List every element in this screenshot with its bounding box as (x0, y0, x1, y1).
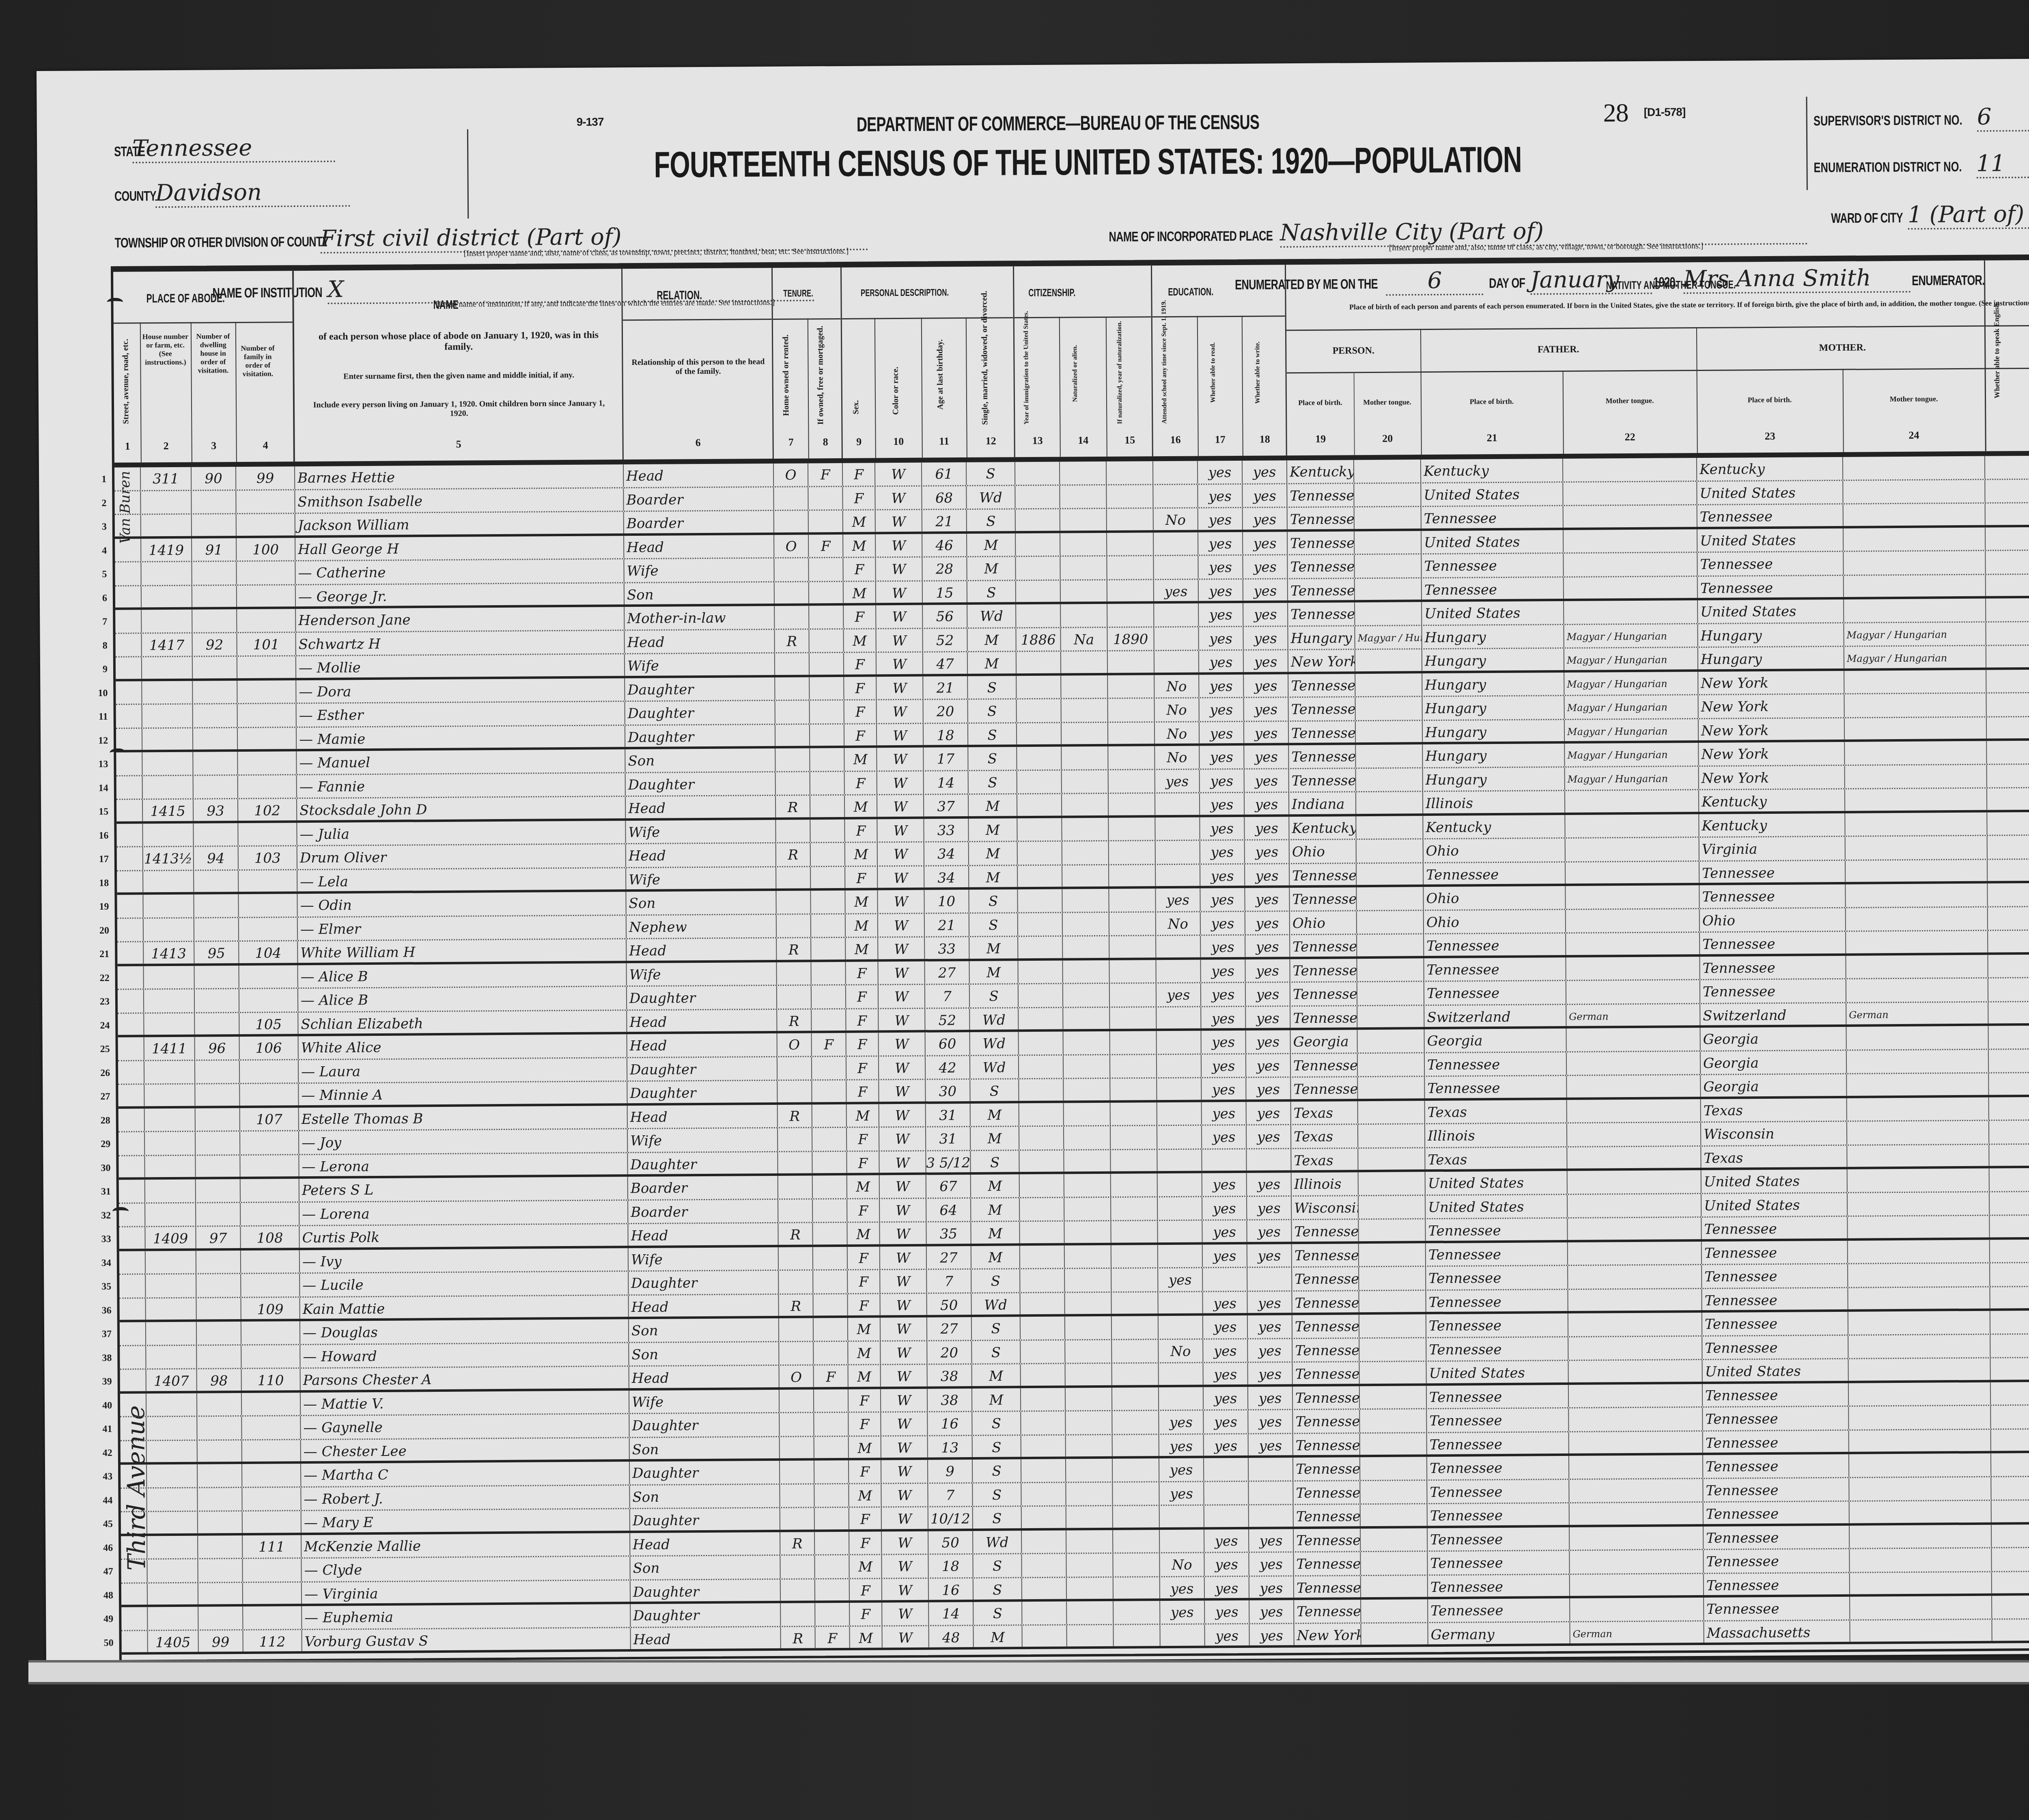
person-name-cell: Peters S L (299, 1177, 628, 1201)
speaks-english-cell: yes (1988, 1001, 2029, 1023)
naturalized-cell (1064, 1221, 1111, 1243)
age-cell: 3 5/12 (926, 1151, 971, 1172)
father-birthplace-cell: Tennessee (1424, 957, 1566, 981)
person-name-cell: — Ivy (300, 1248, 629, 1273)
mother-birthplace-cell: Tennessee (1699, 884, 1846, 908)
age-cell: 27 (927, 1246, 971, 1268)
can-read-cell: yes (1204, 1387, 1248, 1409)
can-write-cell: yes (1244, 745, 1289, 768)
naturalized-cell (1065, 1316, 1112, 1339)
speaks-english-cell: yes (1991, 1381, 2029, 1404)
birthplace-cell: Indiana (1289, 792, 1356, 814)
birthplace-cell: Kentucky (1289, 816, 1356, 839)
naturalization-year-cell (1108, 675, 1155, 698)
dwelling-number-cell (198, 1559, 243, 1582)
attended-school-cell: yes (1159, 1482, 1204, 1505)
mother-tongue-cell (1361, 1599, 1428, 1622)
dwelling-number-cell (197, 1345, 241, 1368)
home-owned-cell (776, 867, 811, 888)
attended-school-cell (1155, 817, 1200, 840)
immigration-year-cell (1019, 1079, 1064, 1101)
free-mortgaged-cell (815, 1531, 849, 1554)
marital-status-cell: M (969, 842, 1018, 865)
mother-mother-tongue-cell (1844, 670, 1986, 693)
family-number-cell: 106 (240, 1036, 299, 1059)
dwelling-number-cell (196, 1155, 240, 1177)
mother-birthplace-cell: Virginia (1699, 837, 1846, 860)
mother-tongue-cell (1355, 531, 1422, 554)
free-mortgaged-cell (814, 1341, 848, 1364)
race-cell: W (876, 629, 923, 651)
marital-status-cell: S (968, 699, 1017, 722)
father-tongue-cell: Magyar / Hungarian (1564, 672, 1698, 695)
race-cell: W (880, 1270, 927, 1293)
naturalized-cell (1064, 1126, 1111, 1149)
naturalization-year-cell (1107, 509, 1154, 530)
father-birthplace-cell: United States (1426, 1171, 1568, 1195)
relation-cell: Mother-in-law (625, 606, 775, 630)
immigration-year-cell (1017, 699, 1062, 722)
age-cell: 9 (928, 1460, 973, 1482)
relation-cell: Daughter (625, 677, 775, 701)
mother-mother-tongue-cell (1844, 694, 1986, 717)
free-mortgaged-cell (812, 1009, 846, 1031)
home-owned-cell (774, 511, 809, 532)
age-cell: 7 (928, 1483, 973, 1506)
race-cell: W (875, 486, 922, 509)
sex-cell: F (843, 487, 875, 509)
can-write-cell (1247, 1268, 1292, 1290)
mother-tongue-cell (1361, 1576, 1428, 1598)
dwelling-number-cell (192, 586, 237, 607)
naturalization-year-cell (1107, 461, 1153, 484)
attended-school-cell (1159, 1315, 1203, 1338)
speaks-english-cell: yes (1986, 574, 2029, 596)
naturalized-cell (1063, 984, 1110, 1007)
mother-mother-tongue-cell (1850, 1501, 1992, 1523)
person-name-cell: — Gaynelle (301, 1414, 629, 1439)
birthplace-cell: Tennessee (1294, 1552, 1361, 1575)
can-write-cell (1249, 1458, 1293, 1480)
street-cell (118, 1014, 144, 1035)
house-number-cell: 1407 (146, 1369, 197, 1391)
marital-status-cell: S (967, 462, 1015, 485)
naturalization-year-cell (1107, 604, 1154, 626)
can-write-cell: yes (1249, 1576, 1294, 1598)
house-number-cell: 1409 (145, 1227, 196, 1249)
house-number-cell (148, 1607, 198, 1630)
mother-birthplace-cell: New York (1699, 742, 1845, 766)
attended-school-cell (1157, 1078, 1202, 1100)
naturalization-year-cell (1111, 1197, 1158, 1220)
family-number-cell (242, 1440, 301, 1462)
father-birthplace-cell: Tennessee (1426, 1313, 1568, 1337)
mother-tongue-cell (1357, 887, 1424, 910)
father-tongue-cell (1568, 1360, 1702, 1382)
home-owned-cell (780, 1389, 814, 1412)
birthplace-cell: Texas (1291, 1101, 1358, 1124)
father-tongue-cell (1566, 1028, 1700, 1051)
immigration-year-cell (1016, 604, 1061, 627)
relation-cell: Son (630, 1484, 780, 1508)
house-number-cell: 1411 (144, 1037, 195, 1060)
race-cell: W (879, 1009, 925, 1030)
mother-tongue-cell (1358, 1124, 1425, 1147)
street-cell (120, 1417, 146, 1440)
family-number-cell: 107 (240, 1108, 299, 1130)
sex-cell: F (843, 463, 875, 485)
father-tongue-cell (1566, 980, 1700, 1004)
age-cell: 18 (924, 724, 968, 745)
stamped-page-number: 28 (1603, 98, 1628, 128)
race-cell: W (881, 1341, 927, 1364)
mother-tongue-cell (1357, 839, 1424, 863)
family-number-cell (241, 1179, 299, 1201)
age-cell: 7 (925, 985, 970, 1007)
birthplace-cell: Tennessee (1292, 1291, 1359, 1313)
dwelling-number-cell (195, 989, 239, 1012)
attended-school-cell: yes (1156, 888, 1200, 911)
naturalized-cell (1063, 936, 1109, 958)
mother-mother-tongue-cell (1847, 1074, 1989, 1096)
line-number-left: 40 (92, 1393, 112, 1417)
house-number-cell: 1419 (141, 538, 192, 561)
speaks-english-cell: yes (1992, 1595, 2029, 1618)
family-number-cell (243, 1606, 302, 1629)
immigration-year-cell (1017, 652, 1061, 673)
father-birthplace-cell: Illinois (1423, 791, 1565, 813)
mother-tongue-cell (1359, 1338, 1426, 1361)
person-name-cell: — Fannie (297, 773, 626, 798)
mother-tongue-cell (1359, 1172, 1426, 1195)
can-write-cell: yes (1243, 532, 1288, 554)
person-name-cell: Hall George H (295, 536, 624, 561)
free-mortgaged-cell (810, 819, 845, 842)
age-cell: 17 (924, 747, 968, 770)
naturalization-year-cell (1108, 699, 1155, 721)
age-cell: 13 (928, 1436, 973, 1457)
speaks-english-cell (1990, 1263, 2029, 1286)
family-number-cell (242, 1488, 301, 1510)
immigration-year-cell (1019, 984, 1063, 1007)
mother-tongue-cell (1357, 982, 1424, 1005)
mother-birthplace-cell: United States (1702, 1169, 1848, 1193)
home-owned-cell (778, 1080, 812, 1102)
marital-status-cell: M (968, 652, 1017, 673)
marital-status-cell: M (971, 1127, 1019, 1149)
house-number-cell (147, 1440, 198, 1462)
age-cell: 15 (923, 581, 967, 603)
naturalized-cell (1063, 1007, 1110, 1029)
age-cell: 33 (925, 937, 969, 959)
street-cell (117, 871, 143, 893)
house-number-cell (143, 895, 194, 917)
can-write-cell: yes (1245, 935, 1290, 957)
mother-birthplace-cell: Texas (1701, 1145, 1847, 1168)
can-read-cell: yes (1200, 841, 1245, 863)
father-birthplace-cell: Tennessee (1424, 981, 1566, 1005)
line-number-left: 42 (92, 1441, 112, 1464)
relation-cell: Wife (625, 653, 775, 676)
attended-school-cell (1158, 1173, 1202, 1196)
mother-mother-tongue-cell (1850, 1548, 1992, 1572)
can-read-cell: yes (1205, 1600, 1249, 1623)
incorporated-note: [Insert proper name and, also, name of c… (1389, 242, 1704, 253)
immigration-year-cell (1021, 1388, 1066, 1410)
can-read-cell: yes (1199, 651, 1244, 672)
naturalized-cell (1065, 1245, 1111, 1268)
col-relation: RELATION. Relationship of this person to… (622, 268, 774, 459)
home-owned-cell (775, 653, 810, 675)
line-number-left: 48 (93, 1583, 113, 1607)
speaks-english-cell: yes (1990, 1286, 2029, 1308)
father-birthplace-cell: Tennessee (1428, 1574, 1570, 1597)
relation-cell: Head (627, 1033, 778, 1057)
mother-mother-tongue-cell (1846, 955, 1988, 978)
age-cell: 20 (927, 1341, 972, 1363)
house-number-cell (147, 1488, 198, 1511)
naturalized-cell (1066, 1435, 1113, 1456)
mother-birthplace-cell: United States (1702, 1193, 1848, 1216)
house-number-cell: 311 (141, 467, 192, 490)
street-cell (114, 491, 141, 514)
father-birthplace-cell: Tennessee (1422, 578, 1564, 600)
age-cell: 10 (924, 890, 969, 912)
attended-school-cell (1156, 865, 1200, 886)
person-name-cell: Jackson William (295, 512, 624, 535)
street-cell (117, 919, 144, 941)
marital-status-cell: Wd (973, 1531, 1022, 1553)
dwelling-number-cell (194, 823, 238, 845)
sex-cell: M (850, 1626, 882, 1648)
free-mortgaged-cell (812, 1128, 847, 1151)
family-number-cell (239, 894, 297, 916)
can-read-cell: yes (1199, 627, 1243, 649)
speaks-english-cell: yes (1986, 550, 2029, 574)
mother-tongue-cell (1360, 1433, 1427, 1455)
mother-birthplace-cell: Massachusetts (1704, 1620, 1850, 1643)
home-owned-cell: R (779, 1294, 813, 1316)
sex-cell: F (847, 1152, 879, 1173)
mother-tongue-cell (1359, 1362, 1426, 1384)
house-number-cell (141, 562, 192, 585)
free-mortgaged-cell (813, 1175, 847, 1198)
can-write-cell: yes (1245, 840, 1290, 863)
person-name-cell: — Lela (297, 868, 626, 892)
speaks-english-cell: yes (1986, 669, 2029, 692)
can-read-cell: yes (1204, 1553, 1249, 1576)
county-field: COUNTY Davidson (114, 179, 350, 208)
birthplace-cell: Tennessee (1292, 1244, 1359, 1267)
home-owned-cell (776, 772, 810, 795)
dwelling-number-cell (195, 1013, 239, 1034)
naturalization-year-cell (1114, 1625, 1160, 1646)
father-birthplace-cell: Tennessee (1425, 1052, 1567, 1076)
free-mortgaged-cell (815, 1579, 850, 1600)
immigration-year-cell (1022, 1554, 1066, 1577)
line-number-left: 29 (90, 1132, 110, 1156)
race-cell: W (875, 463, 922, 485)
street-cell (116, 705, 142, 727)
can-read-cell: yes (1200, 722, 1244, 743)
naturalized-cell (1062, 817, 1109, 840)
naturalized-cell (1066, 1411, 1112, 1434)
naturalization-year-cell (1111, 1126, 1157, 1149)
age-cell: 67 (926, 1175, 971, 1197)
house-number-cell (143, 823, 194, 846)
mother-birthplace-cell: Tennessee (1704, 1573, 1850, 1595)
can-write-cell: yes (1246, 1054, 1291, 1077)
can-read-cell (1203, 1268, 1247, 1291)
naturalized-cell (1060, 461, 1107, 484)
dwelling-number-cell (194, 870, 239, 892)
father-birthplace-cell: Tennessee (1425, 1076, 1567, 1098)
free-mortgaged-cell (811, 914, 846, 937)
street-cell (115, 634, 142, 656)
birthplace-cell: Wisconsin (1292, 1196, 1359, 1219)
home-owned-cell (780, 1437, 814, 1458)
home-owned-cell (780, 1460, 814, 1483)
father-tongue-cell (1568, 1313, 1702, 1336)
sex-cell: M (847, 1175, 880, 1198)
person-name-cell: — Joy (299, 1129, 628, 1154)
person-name-cell: — Mamie (297, 726, 625, 749)
house-number-cell (145, 1203, 196, 1226)
attended-school-cell (1160, 1505, 1204, 1527)
family-number-cell (240, 1155, 299, 1177)
street-cell (119, 1180, 145, 1202)
sex-cell: M (847, 1104, 879, 1127)
birthplace-cell: Tennessee (1288, 602, 1355, 625)
marital-status-cell: S (973, 1483, 1021, 1506)
line-number-left: 36 (91, 1298, 111, 1322)
home-owned-cell (775, 725, 810, 746)
line-number-left: 22 (89, 966, 109, 990)
race-cell: W (880, 1175, 926, 1198)
naturalized-cell (1064, 1150, 1111, 1171)
speaks-english-cell: yes (1990, 1215, 2029, 1237)
relation-cell: Daughter (627, 1081, 778, 1103)
house-number-cell (144, 1013, 195, 1035)
mother-mother-tongue-cell (1846, 979, 1988, 1002)
race-cell: W (878, 961, 925, 984)
can-write-cell: yes (1244, 722, 1289, 743)
street-cell (119, 1203, 145, 1226)
family-number-cell (240, 1131, 299, 1154)
free-mortgaged-cell (814, 1318, 848, 1341)
naturalized-cell (1063, 912, 1109, 935)
naturalization-year-cell (1112, 1316, 1159, 1339)
father-birthplace-cell: Tennessee (1426, 1290, 1568, 1312)
can-write-cell: yes (1243, 555, 1288, 578)
attended-school-cell (1154, 604, 1199, 626)
relation-cell: Head (628, 1104, 778, 1128)
race-cell: W (876, 605, 923, 628)
relation-cell: Head (627, 938, 777, 961)
father-tongue-cell (1566, 909, 1700, 933)
attended-school-cell (1157, 1149, 1202, 1171)
father-tongue-cell (1568, 1170, 1702, 1194)
father-tongue-cell (1568, 1241, 1702, 1265)
family-number-cell (239, 965, 298, 988)
mother-birthplace-cell: New York (1698, 671, 1844, 694)
dwelling-number-cell (198, 1607, 243, 1629)
mother-birthplace-cell: Tennessee (1702, 1288, 1848, 1310)
family-number-cell (240, 1060, 299, 1083)
family-number-cell (238, 751, 297, 774)
can-write-cell: yes (1248, 1387, 1293, 1409)
free-mortgaged-cell (809, 606, 844, 628)
mother-tongue-cell (1361, 1623, 1428, 1645)
line-number-left: 25 (90, 1037, 110, 1061)
marital-status-cell: S (969, 889, 1018, 912)
mother-birthplace-cell: Georgia (1700, 1027, 1846, 1050)
naturalization-year-cell (1111, 1268, 1158, 1291)
age-cell: 56 (923, 605, 967, 628)
street-cell (120, 1322, 146, 1345)
naturalized-cell (1062, 770, 1109, 793)
marital-status-cell: S (973, 1507, 1022, 1528)
line-number-left: 45 (93, 1512, 113, 1536)
line-number-left: 6 (87, 586, 107, 610)
naturalization-year-cell (1109, 936, 1156, 957)
free-mortgaged-cell (814, 1413, 849, 1436)
can-read-cell (1204, 1458, 1249, 1481)
home-owned-cell: O (774, 535, 809, 557)
age-cell: 33 (924, 819, 969, 841)
mother-birthplace-cell: Tennessee (1704, 1549, 1850, 1573)
speaks-english-cell (1988, 978, 2029, 1001)
district-box: SUPERVISOR'S DISTRICT NO. 6 ENUMERATION … (1806, 95, 2029, 190)
marital-status-cell: M (972, 1364, 1021, 1386)
dwelling-number-cell: 92 (192, 633, 237, 656)
family-number-cell (243, 1559, 302, 1581)
dwelling-number-cell (197, 1393, 242, 1415)
naturalization-year-cell (1109, 770, 1155, 793)
race-cell: W (881, 1318, 927, 1340)
father-birthplace-cell: Tennessee (1426, 1337, 1568, 1361)
naturalization-year-cell (1109, 841, 1156, 864)
relation-cell: Wife (627, 962, 777, 985)
race-cell: W (882, 1531, 928, 1554)
marital-status-cell: S (973, 1459, 1021, 1482)
street-cell (118, 1085, 144, 1106)
home-owned-cell: O (774, 463, 808, 486)
line-number-left: 10 (87, 681, 108, 705)
mother-birthplace-cell: Tennessee (1704, 1502, 1850, 1524)
street-cell (117, 966, 144, 989)
family-number-cell: 100 (237, 538, 295, 561)
relation-cell: Daughter (625, 701, 775, 725)
mother-tongue-cell: Magyar / Hungarian (1355, 626, 1422, 649)
can-write-cell: yes (1246, 1078, 1291, 1099)
naturalization-year-cell (1109, 817, 1155, 840)
mother-mother-tongue-cell (1845, 717, 1987, 740)
house-number-cell (145, 1108, 196, 1131)
age-cell: 38 (928, 1388, 972, 1411)
person-name-cell: — Douglas (300, 1319, 629, 1344)
attended-school-cell: No (1155, 675, 1199, 697)
age-cell: 21 (923, 676, 968, 699)
street-cell (115, 539, 141, 561)
mother-birthplace-cell: New York (1698, 694, 1844, 718)
home-owned-cell (776, 891, 811, 913)
speaks-english-cell: yes (1989, 1073, 2029, 1095)
line-number-left: 13 (88, 753, 108, 776)
father-birthplace-cell: United States (1422, 601, 1564, 625)
sex-cell: F (845, 819, 877, 842)
father-birthplace-cell: United States (1422, 530, 1564, 554)
